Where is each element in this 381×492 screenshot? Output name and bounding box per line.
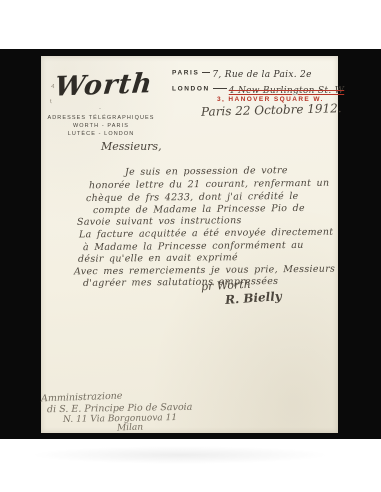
body-line: Avec mes remerciements je vous prie, Mes… [74,264,335,278]
body-line: Savoie suivant vos instructions [77,215,242,228]
address-fill-line [202,72,210,73]
body-line: chèque de frs 4233, dont j'ai crédité le [86,191,299,204]
address-fill-line [213,88,227,89]
salutation: Messieurs, [101,140,162,153]
body-line: désir qu'elle en avait exprimé [78,252,238,265]
body-line: Je suis en possession de votre [125,165,288,178]
telegraphic-address-block: ADRESSES TÉLÉGRAPHIQUES WORTH - PARIS LU… [43,114,159,138]
paris-street-address: 7, Rue de la Paix. 2e [212,70,311,80]
body-line: honorée lettre du 21 courant, renfermant… [89,178,329,192]
logo-ornament-icon: · [55,106,147,112]
recipient-address-line: Milan [117,423,143,434]
scan-shadow [30,446,330,464]
telegraphic-line: WORTH - PARIS [43,122,159,130]
worth-logo: Worth [53,68,149,102]
signature-name: R. Bielly [225,289,283,307]
photo-background: 4 t Worth · ADRESSES TÉLÉGRAPHIQUES WORT… [0,49,381,439]
handwritten-date: Paris 22 Octobre 1912. [201,101,342,119]
letter-paper: 4 t Worth · ADRESSES TÉLÉGRAPHIQUES WORT… [41,56,338,433]
body-line: La facture acquittée a été envoyée direc… [79,227,333,241]
london-struck-address: 4 New Burlington St. W [229,86,344,96]
body-line: à Madame la Princesse conformément au [83,240,304,253]
letter-photo-page: 4 t Worth · ADRESSES TÉLÉGRAPHIQUES WORT… [0,0,381,492]
london-label: LONDON [172,85,210,92]
telegraphic-line: LUTÈCE - LONDON [43,130,159,138]
paris-label: PARIS [172,69,199,76]
body-line: compte de Madame la Princesse Pio de [93,203,305,216]
pencil-margin-mark: t [50,99,52,105]
telegraphic-line: ADRESSES TÉLÉGRAPHIQUES [43,114,159,122]
